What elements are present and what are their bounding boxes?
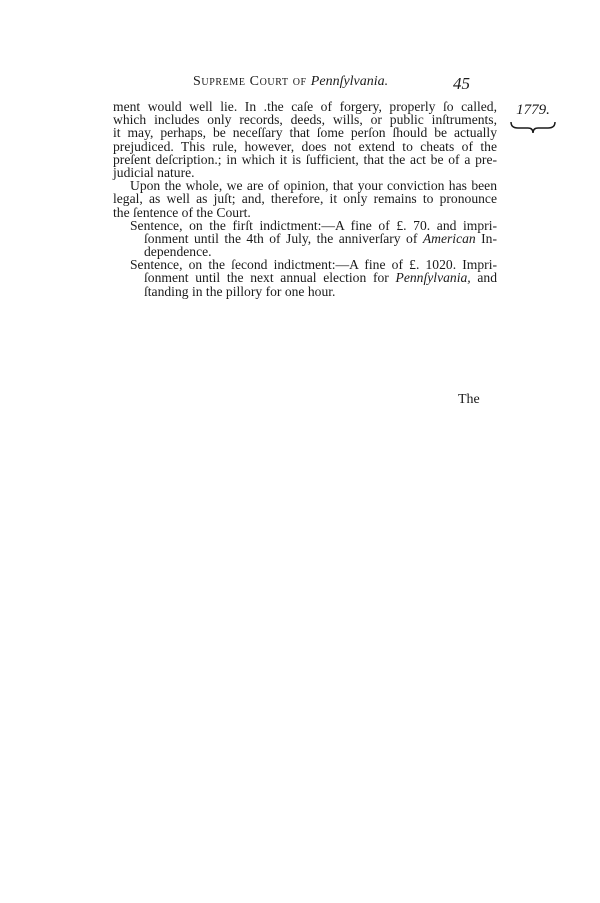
text-segment: In-	[476, 231, 497, 246]
italic-segment: Pennſylvania,	[396, 270, 471, 285]
running-header: Supreme Court of Pennſylvania. 45	[193, 74, 473, 94]
curly-brace-icon	[508, 121, 558, 140]
running-head: Supreme Court of Pennſylvania.	[193, 74, 388, 90]
catchword: The	[458, 392, 480, 408]
text-line: prejudiced. This rule, however, does not…	[113, 140, 497, 153]
text-line: ſtanding in the pillory for one hour.	[113, 285, 497, 298]
italic-segment: American	[423, 231, 476, 246]
text-line: legal, as well as juſt; and, therefore, …	[113, 192, 497, 205]
text-line: preſent deſcription.; in which it is ſuf…	[113, 153, 497, 166]
text-segment: and	[471, 270, 497, 285]
text-line: the ſentence of the Court.	[113, 206, 497, 219]
page-number: 45	[453, 74, 470, 94]
text-line: ſonment until the next annual election f…	[113, 271, 497, 284]
text-line: it may, perhaps, be neceſſary that ſome …	[113, 126, 497, 139]
body-text: ment would well lie. In .the caſe of for…	[113, 100, 497, 298]
running-head-text: Supreme Court of	[193, 74, 311, 89]
running-head-italic: Pennſylvania.	[311, 74, 388, 89]
margin-note: 1779.	[508, 102, 558, 140]
margin-year: 1779.	[508, 102, 558, 119]
